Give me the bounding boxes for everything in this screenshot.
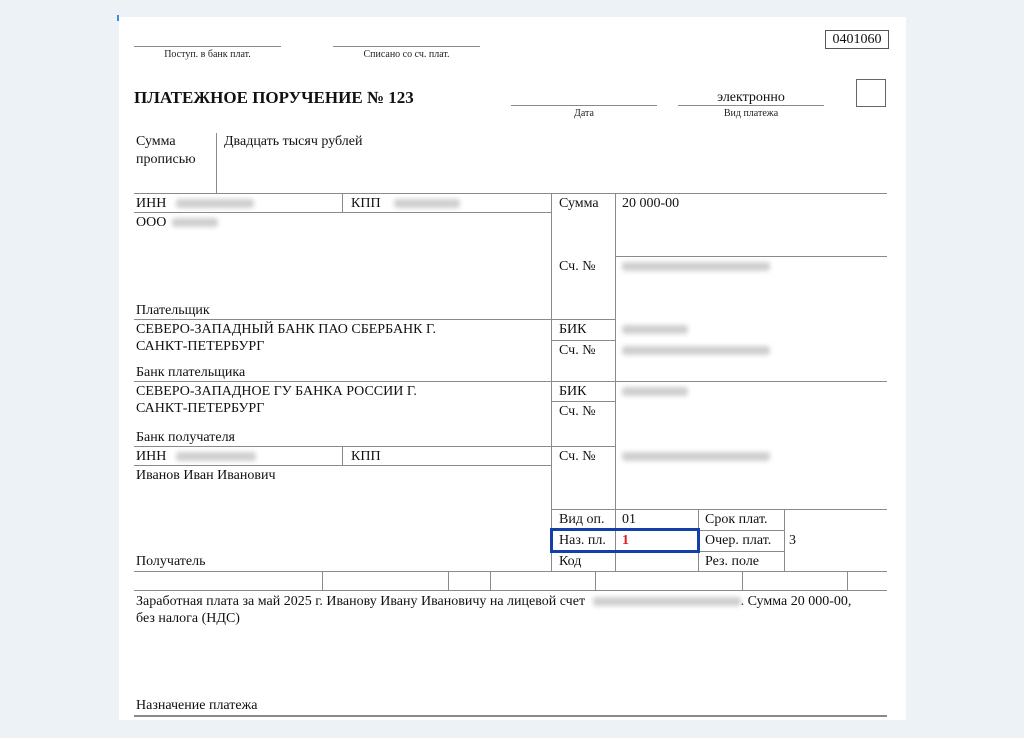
debited-label: Списано со сч. плат. (333, 49, 480, 60)
op-type-label: Вид оп. (559, 512, 604, 528)
payer-name-field[interactable]: ООО (136, 215, 218, 231)
reserve-label: Рез. поле (705, 554, 759, 570)
payee-inn-value-redacted (176, 452, 256, 461)
payment-type-label: Вид платежа (678, 108, 824, 119)
payer-name-value-redacted (172, 218, 218, 227)
payee-bank-name-1[interactable]: СЕВЕРО-ЗАПАДНОЕ ГУ БАНКА РОССИИ Г. (136, 384, 417, 400)
payer-bank-bik-label: БИК (559, 322, 587, 338)
grid-line (134, 193, 887, 194)
payer-kpp-value-redacted (394, 199, 460, 208)
grid-line (448, 571, 449, 590)
amount-words-value[interactable]: Двадцать тысяч рублей (224, 134, 362, 150)
payer-bank-name-2[interactable]: САНКТ-ПЕТЕРБУРГ (136, 339, 264, 355)
payer-bank-bik-field[interactable] (622, 322, 688, 338)
grid-line (134, 319, 551, 320)
payee-inn-field[interactable]: ИНН (136, 449, 256, 465)
priority-label: Очер. плат. (705, 533, 771, 549)
grid-line (551, 509, 887, 510)
purpose-text-line1[interactable]: Заработная плата за май 2025 г. Иванову … (136, 594, 851, 610)
grid-line (742, 571, 743, 590)
payee-account-label: Сч. № (559, 449, 596, 465)
payee-section-label: Получатель (136, 554, 206, 570)
payer-account-value-redacted (622, 262, 770, 271)
payer-inn-label: ИНН (136, 196, 166, 211)
payee-bank-bik-value-redacted (622, 387, 688, 396)
form-code-box: 0401060 (825, 30, 889, 49)
grid-line (615, 193, 616, 571)
due-date-label: Срок плат. (705, 512, 768, 528)
grid-line (847, 571, 848, 590)
payer-inn-value-redacted (176, 199, 254, 208)
grid-line (784, 509, 785, 571)
payee-bank-bik-field[interactable] (622, 384, 688, 400)
payee-name[interactable]: Иванов Иван Иванович (136, 468, 275, 484)
amount-label: Сумма (559, 196, 599, 212)
payee-bank-bik-label: БИК (559, 384, 587, 400)
grid-line (342, 446, 343, 465)
grid-line (134, 381, 887, 382)
payer-bank-section-label: Банк плательщика (136, 365, 245, 381)
purpose-text-before: Заработная плата за май 2025 г. Иванову … (136, 594, 585, 609)
grid-line (134, 446, 615, 447)
date-label: Дата (511, 108, 657, 119)
payment-order-document: Поступ. в банк плат. Списано со сч. плат… (119, 17, 906, 720)
grid-line (134, 212, 551, 213)
grid-line (595, 571, 596, 590)
payer-bank-name-1[interactable]: СЕВЕРО-ЗАПАДНЫЙ БАНК ПАО СБЕРБАНК Г. (136, 322, 436, 338)
payee-kpp-label: КПП (351, 449, 381, 464)
payee-bank-section-label: Банк получателя (136, 430, 235, 446)
payer-name-prefix: ООО (136, 215, 166, 230)
amount-words-label-1: Сумма (136, 134, 176, 150)
grid-line (134, 465, 551, 466)
grid-line (322, 571, 323, 590)
status-box[interactable] (856, 79, 886, 107)
grid-line (134, 590, 887, 591)
payer-bank-account-field[interactable] (622, 343, 770, 359)
op-type-value[interactable]: 01 (622, 512, 636, 528)
purpose-text-after: . Сумма 20 000-00, (741, 594, 852, 609)
amount-words-divider (216, 133, 217, 193)
amount-value[interactable]: 20 000-00 (622, 196, 679, 212)
payment-type-line (678, 105, 824, 106)
payer-account-field[interactable] (622, 259, 770, 275)
purpose-bottom-line (134, 715, 887, 717)
payee-inn-label: ИНН (136, 449, 166, 464)
document-title: ПЛАТЕЖНОЕ ПОРУЧЕНИЕ № 123 (134, 88, 414, 108)
grid-line (551, 401, 615, 402)
purpose-section-label: Назначение платежа (136, 698, 258, 714)
payer-bank-account-label: Сч. № (559, 343, 596, 359)
payer-inn-field[interactable]: ИНН (136, 196, 254, 212)
amount-words-label-2: прописью (136, 152, 196, 168)
grid-line (615, 256, 887, 257)
grid-line (551, 319, 615, 320)
grid-line (342, 193, 343, 212)
payer-kpp-label: КПП (351, 196, 381, 211)
grid-line (551, 193, 552, 571)
grid-line (134, 571, 887, 572)
date-line (511, 105, 657, 106)
payee-account-field[interactable] (622, 449, 770, 465)
grid-line (551, 340, 615, 341)
payer-kpp-field[interactable]: КПП (351, 196, 460, 212)
priority-value[interactable]: 3 (789, 533, 796, 549)
payee-kpp-field[interactable]: КПП (351, 449, 381, 465)
payer-bank-account-value-redacted (622, 346, 770, 355)
payee-account-value-redacted (622, 452, 770, 461)
grid-line (490, 571, 491, 590)
payer-bank-bik-value-redacted (622, 325, 688, 334)
purpose-text-line2[interactable]: без налога (НДС) (136, 611, 240, 627)
received-date-line (134, 46, 281, 47)
payment-type-value[interactable]: электронно (678, 90, 824, 106)
code-label: Код (559, 554, 581, 570)
purpose-code-highlight (550, 528, 700, 553)
received-label: Поступ. в банк плат. (134, 49, 281, 60)
payer-account-label: Сч. № (559, 259, 596, 275)
purpose-account-value-redacted (593, 597, 741, 606)
payee-bank-name-2[interactable]: САНКТ-ПЕТЕРБУРГ (136, 401, 264, 417)
payee-bank-account-label: Сч. № (559, 404, 596, 420)
payer-section-label: Плательщик (136, 303, 210, 319)
debited-date-line (333, 46, 480, 47)
